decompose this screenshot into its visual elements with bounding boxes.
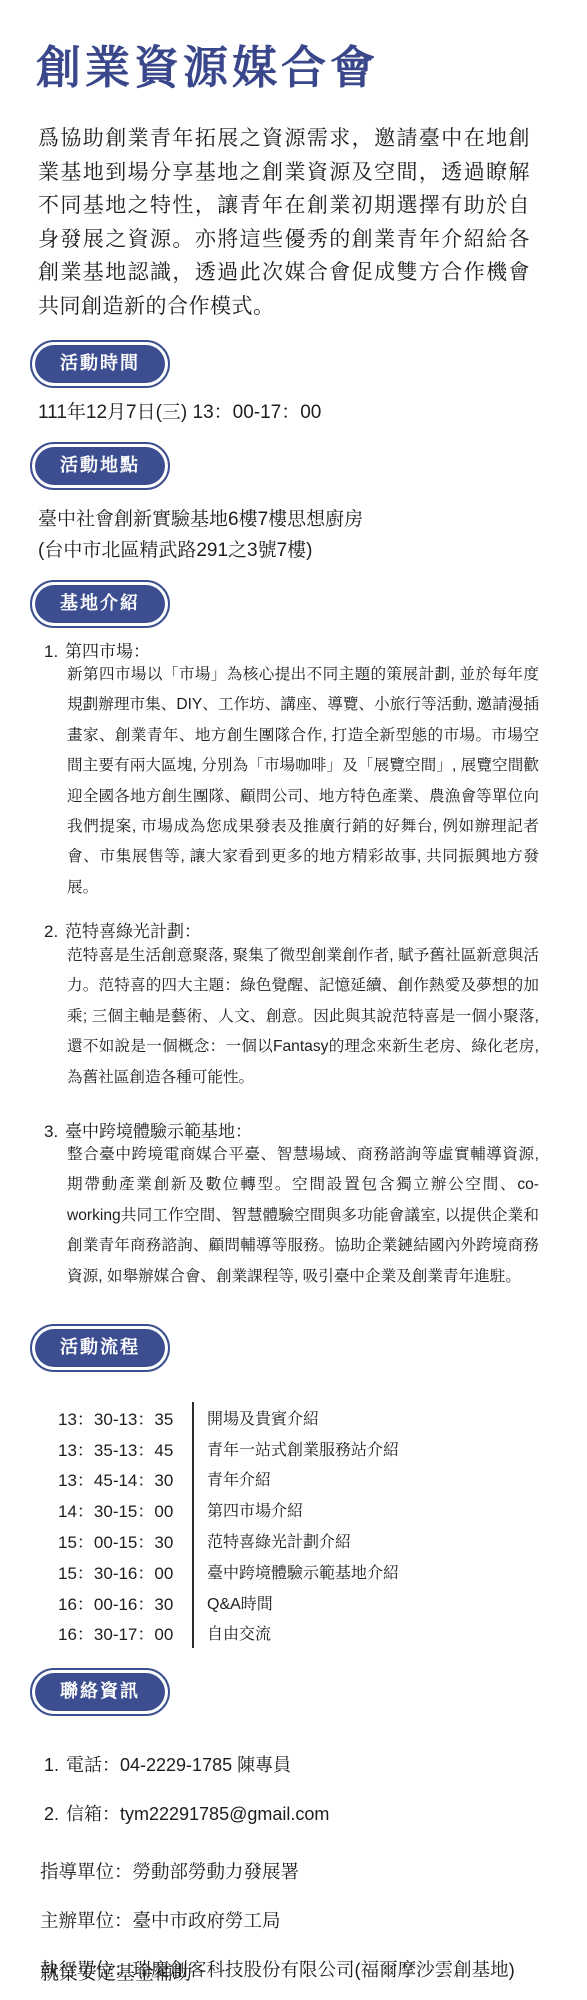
schedule-table: 13：30-13：35 開場及貴賓介紹 13：35-13：45 青年一站式創業服… xyxy=(58,1402,538,1648)
contact-email-value: tym22291785@gmail.com xyxy=(120,1804,329,1824)
section-badge-bases: 基地介紹 xyxy=(30,580,170,628)
schedule-event: Q&A時間 xyxy=(192,1587,273,1618)
schedule-event: 開場及貴賓介紹 xyxy=(192,1402,319,1433)
section-badge-schedule: 活動流程 xyxy=(30,1324,170,1372)
organizer-host-label: 主辦單位： xyxy=(40,1910,133,1931)
schedule-row: 14：30-15：00 第四市場介紹 xyxy=(58,1494,538,1525)
contact-email-label: 信箱： xyxy=(66,1804,120,1824)
base-item-3-title-text: 臺中跨境體驗示範基地： xyxy=(65,1122,252,1141)
intro-paragraph: 爲協助創業青年拓展之資源需求，邀請臺中在地創業基地到場分享基地之創業資源及空間，… xyxy=(38,122,530,323)
base-item-3-body: 整合臺中跨境電商媒合平臺、智慧場域、商務諮詢等虛實輔導資源, 期帶動產業創新及數… xyxy=(67,1140,539,1292)
event-location-line1: 臺中社會創新實驗基地6樓7樓思想廚房 xyxy=(38,504,363,535)
schedule-time: 13：45-14：30 xyxy=(58,1464,192,1495)
contact-phone-label: 電話： xyxy=(66,1755,120,1775)
schedule-event: 自由交流 xyxy=(192,1618,271,1649)
schedule-event: 青年介紹 xyxy=(192,1464,271,1495)
schedule-time: 13：30-13：35 xyxy=(58,1402,192,1433)
organizer-host-value: 臺中市政府勞工局 xyxy=(133,1910,281,1931)
organizer-advisor-value: 勞動部勞動力發展署 xyxy=(133,1861,300,1882)
section-badge-contact: 聯絡資訊 xyxy=(30,1668,170,1716)
event-flyer: 創業資源媒合會 爲協助創業青年拓展之資源需求，邀請臺中在地創業基地到場分享基地之… xyxy=(0,0,587,2000)
base-item-2-body: 范特喜是生活創意聚落, 聚集了微型創業創作者, 賦予舊社區新意與活力。范特喜的四… xyxy=(67,941,539,1093)
contact-phone-value: 04-2229-1785 陳專員 xyxy=(120,1755,291,1775)
base-item-2-number: 2. xyxy=(44,921,65,943)
schedule-row: 16：30-17：00 自由交流 xyxy=(58,1618,538,1649)
section-badge-location: 活動地點 xyxy=(30,442,170,490)
contact-email: 2.信箱：tym22291785@gmail.com xyxy=(44,1799,329,1830)
schedule-event: 范特喜綠光計劃介紹 xyxy=(192,1525,351,1556)
schedule-row: 13：35-13：45 青年一站式創業服務站介紹 xyxy=(58,1433,538,1464)
contact-phone-number: 1. xyxy=(44,1750,66,1781)
base-item-2-title: 2.范特喜綠光計劃： xyxy=(44,921,201,943)
contact-email-number: 2. xyxy=(44,1799,66,1830)
section-badge-schedule-label: 活動流程 xyxy=(35,1329,165,1367)
schedule-time: 15：00-15：30 xyxy=(58,1525,192,1556)
schedule-time: 15：30-16：00 xyxy=(58,1556,192,1587)
schedule-event: 青年一站式創業服務站介紹 xyxy=(192,1433,399,1464)
base-item-1-body: 新第四市場以「市場」為核心提出不同主題的策展計劃, 並於每年度規劃辦理市集、DI… xyxy=(67,660,539,903)
schedule-row: 15：00-15：30 范特喜綠光計劃介紹 xyxy=(58,1525,538,1556)
section-badge-bases-label: 基地介紹 xyxy=(35,585,165,623)
section-badge-time: 活動時間 xyxy=(30,340,170,388)
section-badge-location-label: 活動地點 xyxy=(35,447,165,485)
funding-note: 就業安定基金補助 xyxy=(40,1958,192,1985)
schedule-row: 13：30-13：35 開場及貴賓介紹 xyxy=(58,1402,538,1433)
schedule-row: 16：00-16：30 Q&A時間 xyxy=(58,1587,538,1618)
schedule-time: 14：30-15：00 xyxy=(58,1494,192,1525)
organizer-advisor-label: 指導單位： xyxy=(40,1861,133,1882)
schedule-event: 臺中跨境體驗示範基地介紹 xyxy=(192,1556,399,1587)
schedule-time: 16：30-17：00 xyxy=(58,1618,192,1649)
event-location-line2: (台中市北區精武路291之3號7樓) xyxy=(38,535,313,566)
page-title: 創業資源媒合會 xyxy=(36,42,379,94)
section-badge-time-label: 活動時間 xyxy=(35,345,165,383)
contact-phone: 1.電話：04-2229-1785 陳專員 xyxy=(44,1750,329,1781)
organizer-advisor: 指導單位：勞動部勞動力發展署 xyxy=(40,1857,515,1888)
schedule-row: 15：30-16：00 臺中跨境體驗示範基地介紹 xyxy=(58,1556,538,1587)
base-item-2-title-text: 范特喜綠光計劃： xyxy=(65,922,201,941)
schedule-time: 16：00-16：30 xyxy=(58,1587,192,1618)
contact-list: 1.電話：04-2229-1785 陳專員 2.信箱：tym22291785@g… xyxy=(44,1732,329,1848)
section-badge-contact-label: 聯絡資訊 xyxy=(35,1673,165,1711)
schedule-event: 第四市場介紹 xyxy=(192,1494,303,1525)
schedule-time: 13：35-13：45 xyxy=(58,1433,192,1464)
base-item-3-number: 3. xyxy=(44,1121,65,1143)
base-item-1-title-text: 第四市場： xyxy=(65,642,150,661)
base-item-1-number: 1. xyxy=(44,641,65,663)
organizer-host: 主辦單位：臺中市政府勞工局 xyxy=(40,1906,515,1937)
event-time-text: 111年12月7日(三) 13：00-17：00 xyxy=(38,397,321,428)
schedule-row: 13：45-14：30 青年介紹 xyxy=(58,1464,538,1495)
